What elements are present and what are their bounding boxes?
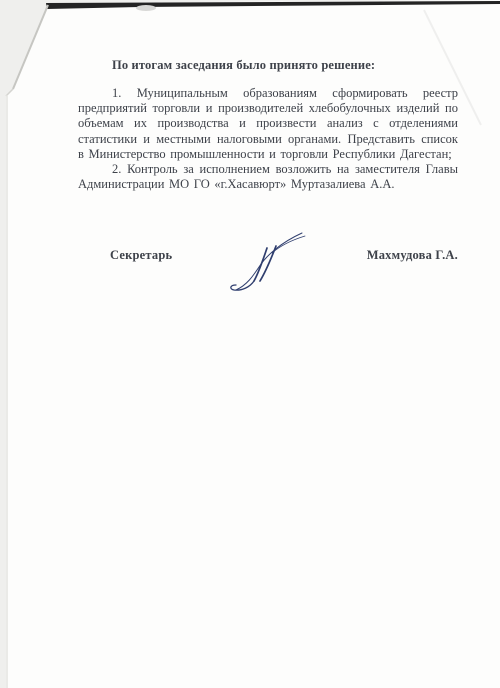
signature-letter-stroke-1 bbox=[254, 248, 267, 281]
signatory-name: Махмудова Г.А. bbox=[367, 248, 458, 263]
paragraph-item-2: 2. Контроль за исполнением возложить на … bbox=[78, 162, 458, 192]
signature-ink bbox=[220, 224, 315, 299]
signatory-role: Секретарь bbox=[110, 248, 172, 263]
scanned-page: По итогам заседания было принято решение… bbox=[0, 0, 500, 688]
paragraph-item-1: 1. Муниципальным образованиям сформирова… bbox=[78, 86, 458, 162]
signature-flourish bbox=[231, 281, 254, 290]
decision-heading: По итогам заседания было принято решение… bbox=[78, 57, 458, 73]
signature-return-stroke bbox=[272, 236, 305, 253]
